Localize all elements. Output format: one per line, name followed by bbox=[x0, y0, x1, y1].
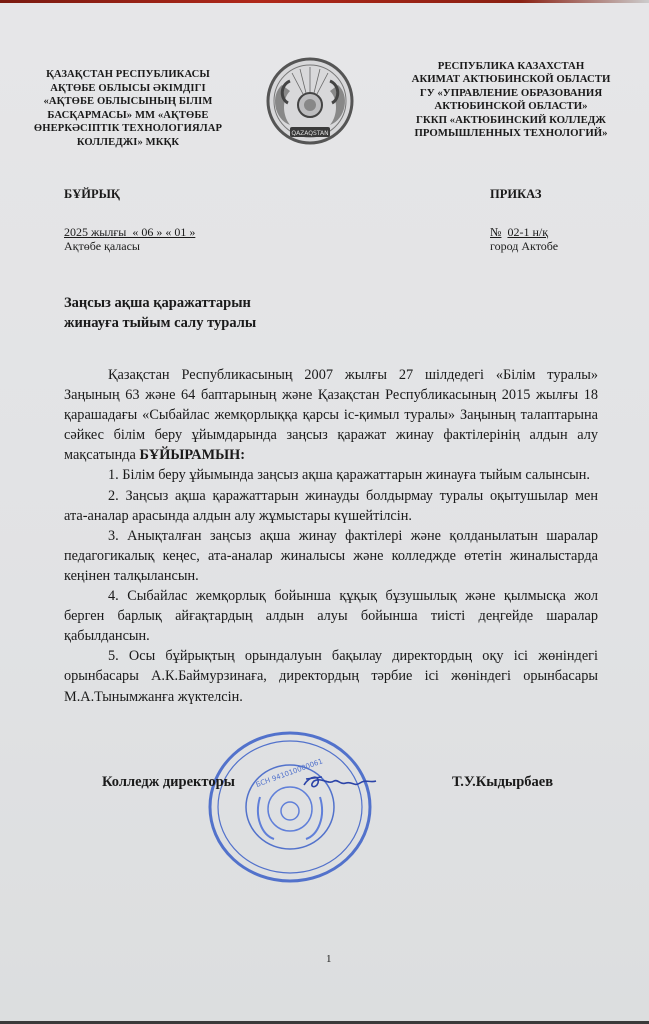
number-value: 02-1 н/қ bbox=[507, 225, 548, 239]
order-number: № 02-1 н/қ bbox=[490, 225, 548, 240]
header-line: ӨНЕРКӘСІПТІК ТЕХНОЛОГИЯЛАР bbox=[22, 122, 234, 136]
order-verb: БҰЙЫРАМЫН: bbox=[139, 447, 245, 463]
header-line: ПРОМЫШЛЕННЫХ ТЕХНОЛОГИЙ» bbox=[380, 127, 642, 140]
header-line: КОЛЛЕДЖІ» МКҚК bbox=[22, 136, 234, 150]
order-item: 5. Осы бұйрықтың орындалуын бақылау дире… bbox=[64, 646, 598, 706]
header-line: РЕСПУБЛИКА КАЗАХСТАН bbox=[380, 60, 642, 73]
header-kazakh: ҚАЗАҚСТАН РЕСПУБЛИКАСЫ АҚТӨБЕ ОБЛЫСЫ ӘКІ… bbox=[22, 68, 234, 150]
order-item: 4. Сыбайлас жемқорлық бойынша құқық бұзу… bbox=[64, 586, 598, 646]
state-emblem-icon: QAZAQSTAN bbox=[260, 55, 360, 151]
city-russian: город Актобе bbox=[490, 239, 558, 254]
page-number: 1 bbox=[326, 953, 332, 965]
svg-text:QAZAQSTAN: QAZAQSTAN bbox=[291, 130, 328, 137]
signatory-name: Т.У.Кыдырбаев bbox=[452, 774, 553, 791]
number-prefix: № bbox=[490, 225, 501, 239]
header-russian: РЕСПУБЛИКА КАЗАХСТАН АКИМАТ АКТЮБИНСКОЙ … bbox=[380, 60, 642, 140]
header-line: АҚТӨБЕ ОБЛЫСЫ ӘКІМДІГІ bbox=[22, 82, 234, 96]
header-line: АКИМАТ АКТЮБИНСКОЙ ОБЛАСТИ bbox=[380, 73, 642, 86]
header-line: ГККП «АКТЮБИНСКИЙ КОЛЛЕДЖ bbox=[380, 114, 642, 127]
subject-line: Заңсыз ақша қаражаттарын bbox=[64, 293, 256, 313]
subject-line: жинауға тыйым салу туралы bbox=[64, 313, 256, 333]
official-stamp-icon: БСН 941010000061 bbox=[204, 727, 376, 887]
header-line: ГУ «УПРАВЛЕНИЕ ОБРАЗОВАНИЯ bbox=[380, 87, 642, 100]
order-item: 1. Білім беру ұйымында заңсыз ақша қараж… bbox=[64, 465, 598, 485]
header-line: ҚАЗАҚСТАН РЕСПУБЛИКАСЫ bbox=[22, 68, 234, 82]
order-label-kazakh: БҰЙРЫҚ bbox=[64, 187, 120, 202]
document-page: ҚАЗАҚСТАН РЕСПУБЛИКАСЫ АҚТӨБЕ ОБЛЫСЫ ӘКІ… bbox=[0, 3, 649, 1021]
signatory-title: Колледж директоры bbox=[102, 774, 235, 791]
order-body: Қазақстан Республикасының 2007 жылғы 27 … bbox=[64, 365, 598, 707]
order-item: 3. Анықталған заңсыз ақша жинау фактілер… bbox=[64, 526, 598, 586]
header-line: АКТЮБИНСКОЙ ОБЛАСТИ» bbox=[380, 100, 642, 113]
city-kazakh: Ақтөбе қаласы bbox=[64, 239, 140, 254]
preamble: Қазақстан Республикасының 2007 жылғы 27 … bbox=[64, 365, 598, 465]
handwritten-signature-icon bbox=[300, 771, 380, 793]
order-subject: Заңсыз ақша қаражаттарын жинауға тыйым с… bbox=[64, 293, 256, 333]
header-line: БАСҚАРМАСЫ» ММ «АҚТӨБЕ bbox=[22, 109, 234, 123]
order-date: 2025 жылғы « 06 » « 01 » bbox=[64, 225, 195, 240]
header-line: «АҚТӨБЕ ОБЛЫСЫНЫҢ БІЛІМ bbox=[22, 95, 234, 109]
order-item: 2. Заңсыз ақша қаражаттарын жинауды болд… bbox=[64, 486, 598, 526]
order-label-russian: ПРИКАЗ bbox=[490, 187, 541, 202]
